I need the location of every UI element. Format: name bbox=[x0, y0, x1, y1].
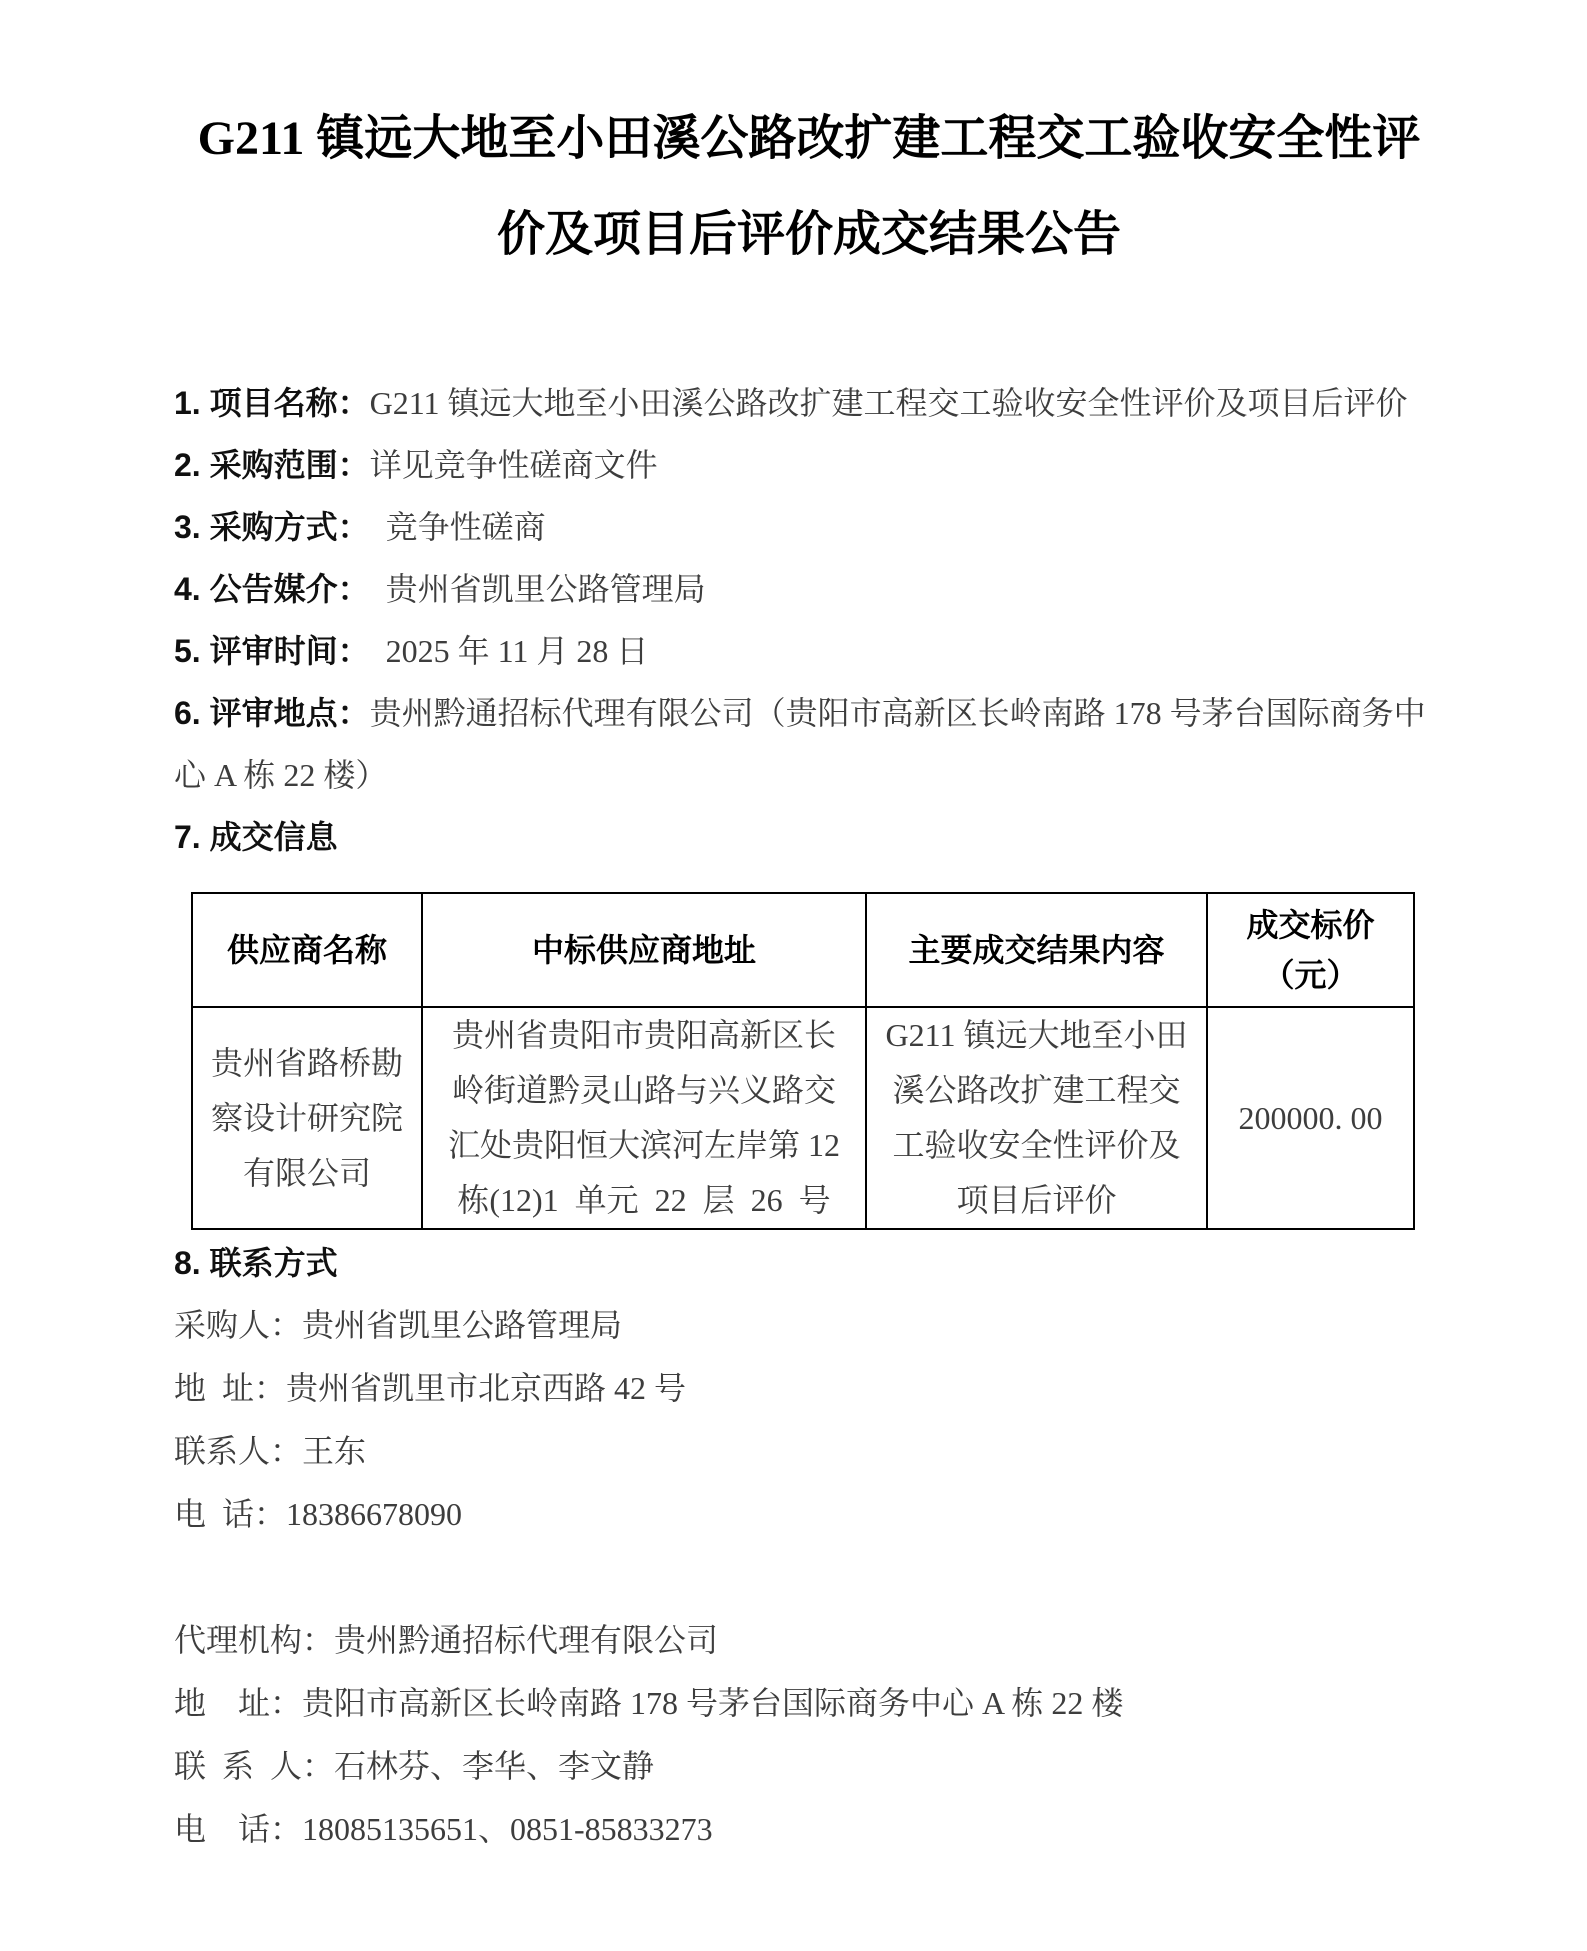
agency-contact-person-line: 联 系 人：石林芬、李华、李文静 bbox=[174, 1735, 1444, 1798]
purchaser-contact-person-value: 王东 bbox=[302, 1433, 366, 1469]
contact-section-heading: 8. 联系方式 bbox=[174, 1232, 1444, 1294]
award-table-header-row: 供应商名称 中标供应商地址 主要成交结果内容 成交标价 （元） bbox=[192, 893, 1414, 1007]
title-line-2: 价及项目后评价成交结果公告 bbox=[497, 208, 1121, 261]
purchaser-name-label: 采购人： bbox=[174, 1307, 302, 1343]
item-3-label: 3. 采购方式： bbox=[174, 509, 354, 545]
supplier-name-header: 供应商名称 bbox=[192, 893, 422, 1007]
agency-name-value: 贵州黔通招标代理有限公司 bbox=[334, 1622, 718, 1658]
item-2-label: 2. 采购范围： bbox=[174, 447, 370, 483]
agency-contact-person-value: 石林芬、李华、李文静 bbox=[334, 1748, 654, 1784]
purchaser-name-value: 贵州省凯里公路管理局 bbox=[302, 1307, 622, 1343]
page: G211 镇远大地至小田溪公路改扩建工程交工验收安全性评价及项目后评价成交结果公… bbox=[0, 0, 1587, 1951]
agency-contact-person-label: 联 系 人： bbox=[174, 1748, 334, 1784]
purchaser-phone-value: 18386678090 bbox=[286, 1496, 462, 1532]
item-4-announcement-media: 4. 公告媒介： 贵州省凯里公路管理局 bbox=[174, 558, 1444, 620]
supplier-address-cell: 贵州省贵阳市贵阳高新区长 岭街道黔灵山路与兴义路交 汇处贵阳恒大滨河左岸第 12… bbox=[422, 1007, 866, 1229]
purchaser-contact-block: 采购人：贵州省凯里公路管理局 地 址：贵州省凯里市北京西路 42 号 联系人：王… bbox=[174, 1294, 1444, 1546]
document-title: G211 镇远大地至小田溪公路改扩建工程交工验收安全性评价及项目后评价成交结果公… bbox=[174, 91, 1444, 283]
agency-contact-block: 代理机构：贵州黔通招标代理有限公司 地 址：贵阳市高新区长岭南路 178 号茅台… bbox=[174, 1609, 1444, 1861]
agency-name-line: 代理机构：贵州黔通招标代理有限公司 bbox=[174, 1609, 1444, 1672]
award-price-cell: 200000. 00 bbox=[1207, 1007, 1414, 1229]
purchaser-contact-person-line: 联系人：王东 bbox=[174, 1420, 1444, 1483]
agency-address-label: 地 址： bbox=[174, 1685, 302, 1721]
purchaser-phone-label: 电 话： bbox=[174, 1496, 286, 1532]
item-1-project-name: 1. 项目名称：G211 镇远大地至小田溪公路改扩建工程交工验收安全性评价及项目… bbox=[174, 372, 1444, 434]
item-4-value: 贵州省凯里公路管理局 bbox=[354, 571, 706, 607]
agency-address-value: 贵阳市高新区长岭南路 178 号茅台国际商务中心 A 栋 22 楼 bbox=[302, 1685, 1123, 1721]
agency-phone-line: 电 话：18085135651、0851-85833273 bbox=[174, 1798, 1444, 1861]
supplier-name-cell: 贵州省路桥勘 察设计研究院 有限公司 bbox=[192, 1007, 422, 1229]
purchaser-address-label: 地 址： bbox=[174, 1370, 286, 1406]
award-content-cell: G211 镇远大地至小田 溪公路改扩建工程交 工验收安全性评价及 项目后评价 bbox=[866, 1007, 1207, 1229]
item-1-label: 1. 项目名称： bbox=[174, 385, 370, 421]
purchaser-phone-line: 电 话：18386678090 bbox=[174, 1483, 1444, 1546]
item-2-value: 详见竞争性磋商文件 bbox=[370, 447, 658, 483]
agency-name-label: 代理机构： bbox=[174, 1622, 334, 1658]
agency-address-line: 地 址：贵阳市高新区长岭南路 178 号茅台国际商务中心 A 栋 22 楼 bbox=[174, 1672, 1444, 1735]
item-6-label: 6. 评审地点： bbox=[174, 695, 370, 731]
item-4-label: 4. 公告媒介： bbox=[174, 571, 354, 607]
item-7-award-info-heading: 7. 成交信息 bbox=[174, 806, 1444, 868]
supplier-address-header: 中标供应商地址 bbox=[422, 893, 866, 1007]
item-5-review-time: 5. 评审时间： 2025 年 11 月 28 日 bbox=[174, 620, 1444, 682]
agency-phone-label: 电 话： bbox=[174, 1811, 302, 1847]
agency-phone-value: 18085135651、0851-85833273 bbox=[302, 1811, 713, 1847]
item-3-procurement-method: 3. 采购方式： 竞争性磋商 bbox=[174, 496, 1444, 558]
award-table: 供应商名称 中标供应商地址 主要成交结果内容 成交标价 （元） 贵州省路桥勘 察… bbox=[191, 892, 1415, 1230]
purchaser-name-line: 采购人：贵州省凯里公路管理局 bbox=[174, 1294, 1444, 1357]
item-3-value: 竞争性磋商 bbox=[354, 509, 546, 545]
award-price-header: 成交标价 （元） bbox=[1207, 893, 1414, 1007]
notice-items: 1. 项目名称：G211 镇远大地至小田溪公路改扩建工程交工验收安全性评价及项目… bbox=[174, 372, 1444, 868]
award-content-header: 主要成交结果内容 bbox=[866, 893, 1207, 1007]
item-7-label: 7. 成交信息 bbox=[174, 819, 338, 855]
purchaser-contact-person-label: 联系人： bbox=[174, 1433, 302, 1469]
item-2-procurement-scope: 2. 采购范围：详见竞争性磋商文件 bbox=[174, 434, 1444, 496]
purchaser-address-value: 贵州省凯里市北京西路 42 号 bbox=[286, 1370, 686, 1406]
item-1-value: G211 镇远大地至小田溪公路改扩建工程交工验收安全性评价及项目后评价 bbox=[370, 385, 1408, 421]
item-5-label: 5. 评审时间： bbox=[174, 633, 354, 669]
title-line-1: G211 镇远大地至小田溪公路改扩建工程交工验收安全性评 bbox=[198, 112, 1421, 165]
item-6-review-location: 6. 评审地点：贵州黔通招标代理有限公司（贵阳市高新区长岭南路 178 号茅台国… bbox=[174, 682, 1444, 806]
item-5-value: 2025 年 11 月 28 日 bbox=[354, 633, 649, 669]
purchaser-address-line: 地 址：贵州省凯里市北京西路 42 号 bbox=[174, 1357, 1444, 1420]
award-table-row: 贵州省路桥勘 察设计研究院 有限公司 贵州省贵阳市贵阳高新区长 岭街道黔灵山路与… bbox=[192, 1007, 1414, 1229]
